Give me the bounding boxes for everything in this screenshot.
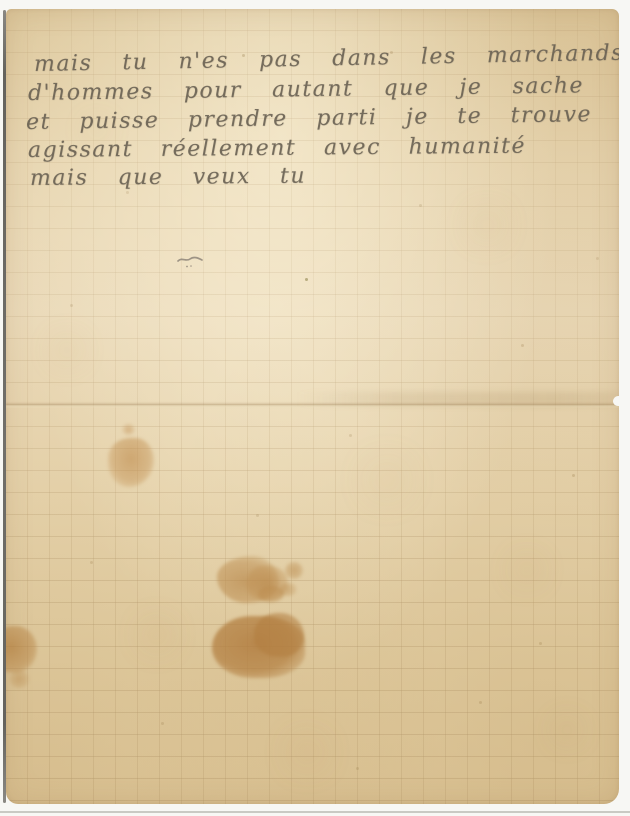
scan-divider-line [0,811,630,813]
handwriting-line: et puisse prendre parti je te trouve [26,102,592,136]
handwriting-line: d'hommes pour autant que je sache [28,73,584,107]
ink-stain-left-edge-dot [9,670,29,688]
ink-stain-heart-dot [122,424,135,435]
ink-stain-dot-upper [285,562,303,579]
fold-edge-notch [613,396,619,406]
handwriting-line: agissant réellement avec humanité [28,134,526,164]
letter-page: mais tu n'es pas dans les marchands d'ho… [6,9,619,804]
pencil-squiggle-mark [176,254,204,270]
handwriting-line: mais que veux tu [30,164,306,192]
letter-scan: mais tu n'es pas dans les marchands d'ho… [0,0,630,816]
ink-stain-dot-lower [278,583,297,596]
handwriting: mais tu n'es pas dans les marchands d'ho… [6,9,619,804]
handwriting-line: mais tu n'es pas dans les marchands [34,41,619,78]
ink-stain-large-lobe [254,613,304,657]
